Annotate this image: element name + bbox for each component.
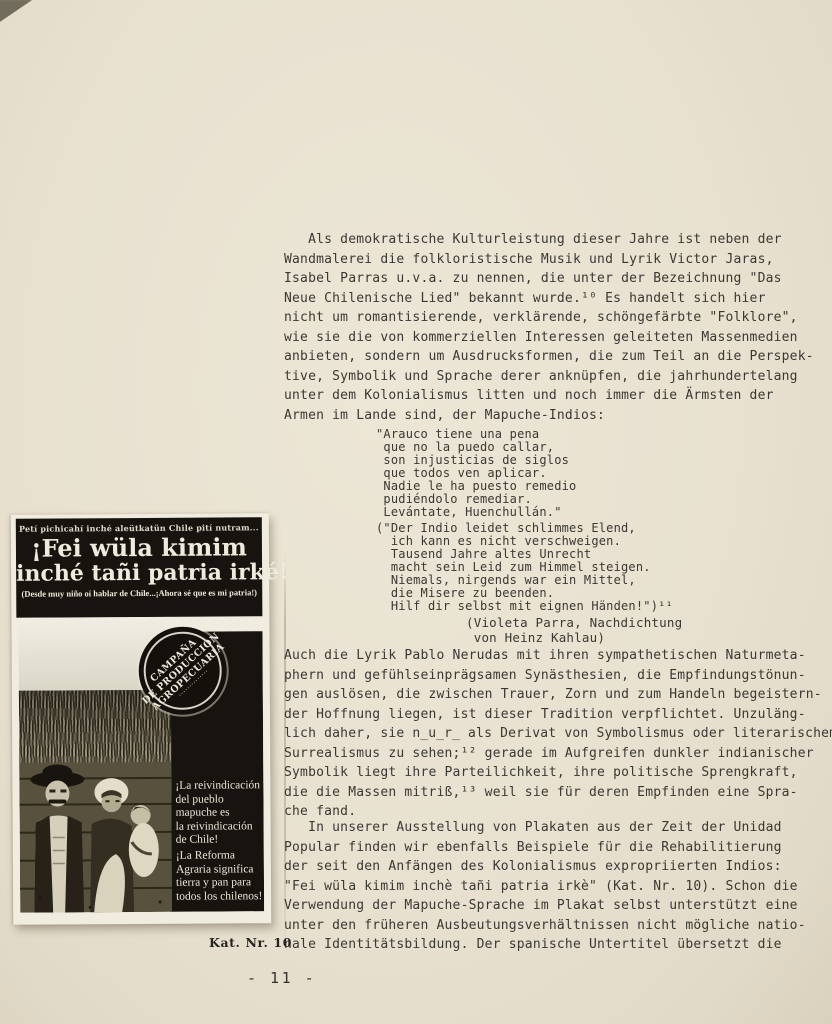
poster-spanish-subtitle: (Desde muy niño oí hablar de Chile...¡Ah… xyxy=(16,587,262,599)
poster-headline-line2: inché tañi patria irké! xyxy=(16,560,262,586)
poster-text-reivindicacion: ¡La reivindicacióndel pueblomapuche esla… xyxy=(175,779,260,847)
paragraph-neue-chilenische-lied: Als demokratische Kulturleistung dieser … xyxy=(284,230,814,425)
stamp-line-2: DE PRODUCCION xyxy=(140,631,222,707)
stamp-small-text: ·············· xyxy=(178,668,210,698)
paragraph-ausstellung-plakate: In unserer Ausstellung von Plakaten aus … xyxy=(284,818,806,955)
mapuche-family-photo xyxy=(19,762,172,913)
scan-corner-artifact xyxy=(0,0,38,26)
poster-headline-line1: ¡Fei wüla kimim xyxy=(16,534,262,562)
poster-header: Petí pichicahí inché aleütkatün Chile pi… xyxy=(16,517,263,618)
paragraph-neruda-lyrik: Auch die Lyrik Pablo Nerudas mit ihren s… xyxy=(284,646,832,822)
poster-photo-area: CAMPAÑA DE PRODUCCION AGROPECUARIA ·····… xyxy=(18,616,264,912)
poster-kat-nr-10: Petí pichicahí inché aleütkatün Chile pi… xyxy=(11,513,271,925)
poster-mapudungun-topline: Petí pichicahí inché aleütkatün Chile pi… xyxy=(16,522,262,534)
poem-german-translation: ("Der Indio leidet schlimmes Elend, ich … xyxy=(376,522,673,613)
scanned-page: Als demokratische Kulturleistung dieser … xyxy=(0,0,832,1024)
stamp-line-3: AGROPECUARIA xyxy=(150,641,226,712)
poem-attribution: (Violeta Parra, Nachdichtung von Heinz K… xyxy=(466,615,682,645)
poster-text-reforma-agraria: ¡La ReformaAgraria significatierra y pan… xyxy=(176,849,263,904)
poem-spanish-arauco: "Arauco tiene una pena que no la puedo c… xyxy=(376,428,576,519)
stamp-line-1: CAMPAÑA xyxy=(148,637,198,684)
poster-caption: Kat. Nr. 10 xyxy=(209,935,292,950)
page-number: - 11 - xyxy=(247,969,316,987)
campaign-stamp: CAMPAÑA DE PRODUCCION AGROPECUARIA ·····… xyxy=(138,626,227,715)
